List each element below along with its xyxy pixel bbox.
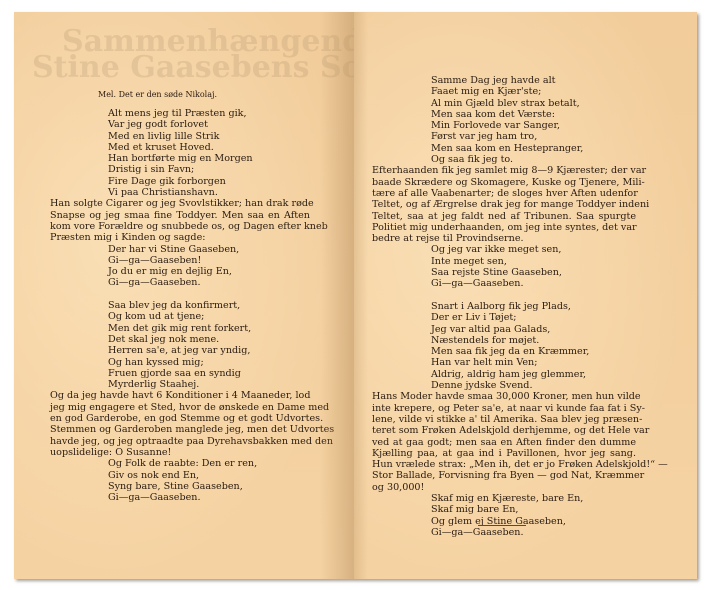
prose-line: kom vore Forældre og snubbede os, og Dag… (50, 221, 310, 232)
verse-line: Men saa kom det Værste: (431, 109, 636, 120)
booklet-spread: Sammenhængende Stine Gaasebens Sorrig Me… (14, 12, 697, 579)
prose-line: og 30,000! (372, 482, 636, 493)
prose-line: lene, vilde vi stikke a' til Amerika. Sa… (372, 414, 636, 425)
verse-line: Og han kyssed mig; (108, 357, 310, 368)
verse-line: Samme Dag jeg havde alt (431, 75, 636, 86)
prose-line: bedre at rejse til Provindserne. (372, 233, 636, 244)
prose-line: Hun vrælede strax: „Men ih, det er jo Fr… (372, 459, 636, 470)
refrain-2: Og Folk de raabte: Den er ren, Giv os no… (50, 458, 310, 503)
refrain-4: Skaf mig en Kjæreste, bare En, Skaf mig … (372, 493, 636, 538)
prose-3: Efterhaanden fik jeg samlet mig 8—9 Kjær… (372, 165, 636, 244)
prose-line: Stemmen og Garderoben manglede jeg, men … (50, 424, 310, 435)
prose-line: Snapse og jeg smaa fine Toddyer. Men saa… (50, 210, 310, 221)
verse-1: Alt mens jeg til Præsten gik, Var jeg go… (50, 108, 310, 198)
right-page-text: Samme Dag jeg havde alt Faaet mig en Kjæ… (372, 75, 636, 538)
prose-line: uopslidelige: O Susanne! (50, 447, 310, 458)
verse-line: Der er Liv i Tøjet; (431, 312, 636, 323)
verse-line: Med et kruset Hoved. (108, 142, 310, 153)
prose-line: Stor Ballade, Forvisning fra Byen — god … (372, 470, 636, 481)
verse-line: Myrderlig Staahej. (108, 379, 310, 390)
prose-line: Hans Moder havde smaa 30,000 Kroner, men… (372, 391, 636, 402)
verse-2: Saa blev jeg da konfirmert, Og kom ud at… (50, 300, 310, 390)
verse-line: Min Forlovede var Sanger, (431, 120, 636, 131)
refrain-line: Gi—ga—Gaaseben. (108, 492, 310, 503)
prose-2: Og da jeg havde havt 6 Konditioner i 4 M… (50, 390, 310, 458)
prose-line: Efterhaanden fik jeg samlet mig 8—9 Kjær… (372, 165, 636, 176)
refrain-3: Og jeg var ikke meget sen, Inte meget se… (372, 244, 636, 289)
verse-line: Først var jeg ham tro, (431, 131, 636, 142)
verse-line: Han bortførte mig en Morgen (108, 153, 310, 164)
refrain-line: Der har vi Stine Gaaseben, (108, 244, 310, 255)
refrain-line: Skaf mig en Kjæreste, bare En, (431, 493, 636, 504)
verse-line: Saa blev jeg da konfirmert, (108, 300, 310, 311)
prose-1: Han solgte Cigarer og jeg Svovlstikker; … (50, 198, 310, 243)
prose-line: havde jeg, og jeg optraadte paa Dyrehavs… (50, 436, 310, 447)
prose-line: Præsten mig i Kinden og sagde: (50, 232, 310, 243)
prose-line: Han solgte Cigarer og jeg Svovlstikker; … (50, 198, 310, 209)
verse-line: Næstendels for møjet. (431, 335, 636, 346)
verse-line: Men saa fik jeg da en Kræmmer, (431, 346, 636, 357)
prose-line: ved at gaa godt; men saa en Aften finder… (372, 437, 636, 448)
prose-line: baade Skrædere og Skomagere, Kuske og Tj… (372, 177, 636, 188)
refrain-line: Giv os nok end En, (108, 470, 310, 481)
verse-line: Fruen gjorde saa en syndig (108, 368, 310, 379)
verse-line: Vi paa Christianshavn. (108, 187, 310, 198)
refrain-line: Gi—ga—Gaaseben! (108, 255, 310, 266)
melody-note: Mel. Det er den søde Nikolaj. (98, 90, 217, 99)
verse-line: Med en livlig lille Strik (108, 131, 310, 142)
refrain-line: Gi—ga—Gaaseben. (431, 527, 636, 538)
refrain-line: Inte meget sen, (431, 256, 636, 267)
verse-line: Herren sa'e, at jeg var yndig, (108, 345, 310, 356)
verse-line: Al min Gjæld blev strax betalt, (431, 98, 636, 109)
left-page-text: Alt mens jeg til Præsten gik, Var jeg go… (50, 108, 310, 503)
verse-line: Og saa fik jeg to. (431, 154, 636, 165)
refrain-1: Der har vi Stine Gaaseben, Gi—ga—Gaasebe… (50, 244, 310, 289)
verse-line: Det skal jeg nok mene. (108, 334, 310, 345)
verse-line: Var jeg godt forlovet (108, 119, 310, 130)
verse-4: Snart i Aalborg fik jeg Plads, Der er Li… (372, 301, 636, 391)
verse-line: Snart i Aalborg fik jeg Plads, (431, 301, 636, 312)
verse-line: Fire Dage gik forborgen (108, 176, 310, 187)
verse-line: Faaet mig en Kjær'ste; (431, 86, 636, 97)
refrain-line: Syng bare, Stine Gaaseben, (108, 481, 310, 492)
verse-3: Samme Dag jeg havde alt Faaet mig en Kjæ… (372, 75, 636, 165)
prose-line: Politiet mig underhaanden, om jeg inte s… (372, 222, 636, 233)
prose-4: Hans Moder havde smaa 30,000 Kroner, men… (372, 391, 636, 493)
verse-line: Men saa kom en Hestepranger, (431, 143, 636, 154)
refrain-line: Og glem ej Stine Gaaseben, (431, 516, 636, 527)
verse-line: Denne jydske Svend. (431, 380, 636, 391)
right-page: Samme Dag jeg havde alt Faaet mig en Kjæ… (354, 12, 697, 579)
prose-line: jeg mig engagere et Sted, hvor de ønsked… (50, 402, 310, 413)
prose-line: en god Garderobe, en god Stemme og et go… (50, 413, 310, 424)
prose-line: Kjælling paa, at gaa ind i Pavillonen, h… (372, 448, 636, 459)
verse-line: Men det gik mig rent forkert, (108, 323, 310, 334)
refrain-line: Saa rejste Stine Gaaseben, (431, 267, 636, 278)
verse-line: Alt mens jeg til Præsten gik, (108, 108, 310, 119)
prose-line: Teltet, og af Ærgrelse drak jeg for mang… (372, 199, 636, 210)
refrain-line: Og jeg var ikke meget sen, (431, 244, 636, 255)
refrain-line: Gi—ga—Gaaseben. (108, 277, 310, 288)
verse-line: Han var helt min Ven; (431, 357, 636, 368)
refrain-line: Skaf mig bare En, (431, 504, 636, 515)
verse-line: Jeg var altid paa Galads, (431, 324, 636, 335)
prose-line: inte krepere, og Peter sa'e, at naar vi … (372, 403, 636, 414)
verse-line: Aldrig, aldrig ham jeg glemmer, (431, 369, 636, 380)
prose-line: teret som Frøken Adelskjold derhjemme, o… (372, 425, 636, 436)
refrain-line: Gi—ga—Gaaseben. (431, 278, 636, 289)
verse-line: Dristig i sin Favn; (108, 164, 310, 175)
prose-line: Og da jeg havde havt 6 Konditioner i 4 M… (50, 390, 310, 401)
refrain-line: Jo du er mig en dejlig En, (108, 266, 310, 277)
prose-line: tære af alle Vaabenarter; de sloges hver… (372, 188, 636, 199)
prose-line: Teltet, saa at jeg faldt ned af Tribunen… (372, 211, 636, 222)
verse-line: Og kom ud at tjene; (108, 311, 310, 322)
refrain-line: Og Folk de raabte: Den er ren, (108, 458, 310, 469)
closing-rule (478, 525, 526, 526)
left-page: Sammenhængende Stine Gaasebens Sorrig Me… (14, 12, 354, 579)
